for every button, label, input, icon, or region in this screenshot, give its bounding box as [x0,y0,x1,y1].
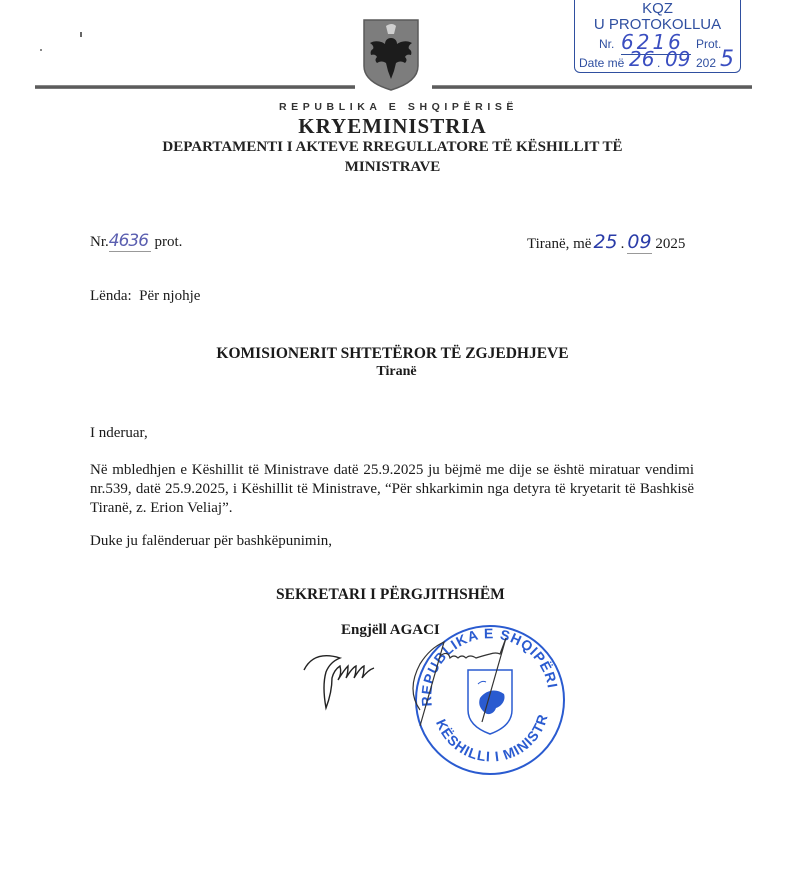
subject-line: Lënda: Për njohje [90,288,200,305]
stamp-date-month: 09 [665,47,690,71]
subject-label: Lënda: [90,288,132,304]
body-paragraph: Në mbledhjen e Këshillit të Ministrave d… [90,461,694,518]
institution-heading: KRYEMINISTRIA [0,114,785,139]
header-rule-left [35,85,355,89]
albanian-coat-of-arms-icon [362,18,420,92]
stamp-title-kqz: KQZ [575,1,740,17]
reference-number: Nr.4636 prot. [90,231,182,252]
recipient-city: Tiranë [0,364,785,380]
republic-heading: REPUBLIKA E SHQIPËRISË [0,101,785,113]
scan-speck [40,49,42,51]
date-separator: . [621,236,625,252]
recipient-name: KOMISIONERIT SHTETËROR TË ZGJEDHJEVE [0,345,785,363]
salutation: I nderuar, [90,425,148,442]
reference-nr-value: 4636 [109,231,151,252]
stamp-date-year-hand: 5 [720,47,734,72]
stamp-nr-label: Nr. [599,37,614,51]
stamp-date-label: Date më [579,56,624,70]
reference-prot-label: prot. [155,234,183,250]
stamp-prot-label: Prot. [696,37,721,51]
date-month: 09 [627,231,651,254]
closing-line: Duke ju falënderuar për bashkëpunimin, [90,533,332,550]
scan-speck [80,32,82,37]
protocol-stamp: KQZ U PROTOKOLLUA Nr. 6216 Prot. Date më… [574,0,741,73]
place-label: Tiranë, më [527,236,591,252]
date-day: 25 [593,231,617,253]
department-line-2: MINISTRAVE [0,157,785,177]
date-year: 2025 [655,236,685,252]
reference-nr-label: Nr. [90,234,109,250]
stamp-date-sep: . [657,56,660,70]
signatory-title: SEKRETARI I PËRGJITHSHËM [276,586,505,604]
handwritten-signature [290,620,570,730]
department-line-1: DEPARTAMENTI I AKTEVE RREGULLATORE TË KË… [0,137,785,157]
stamp-date-year: 202 [696,56,716,70]
department-heading: DEPARTAMENTI I AKTEVE RREGULLATORE TË KË… [0,137,785,177]
place-date: Tiranë, më25.09 2025 [527,231,685,253]
stamp-date-day: 26 [629,47,654,71]
header-rule-right [432,85,752,89]
subject-value: Për njohje [139,288,200,304]
